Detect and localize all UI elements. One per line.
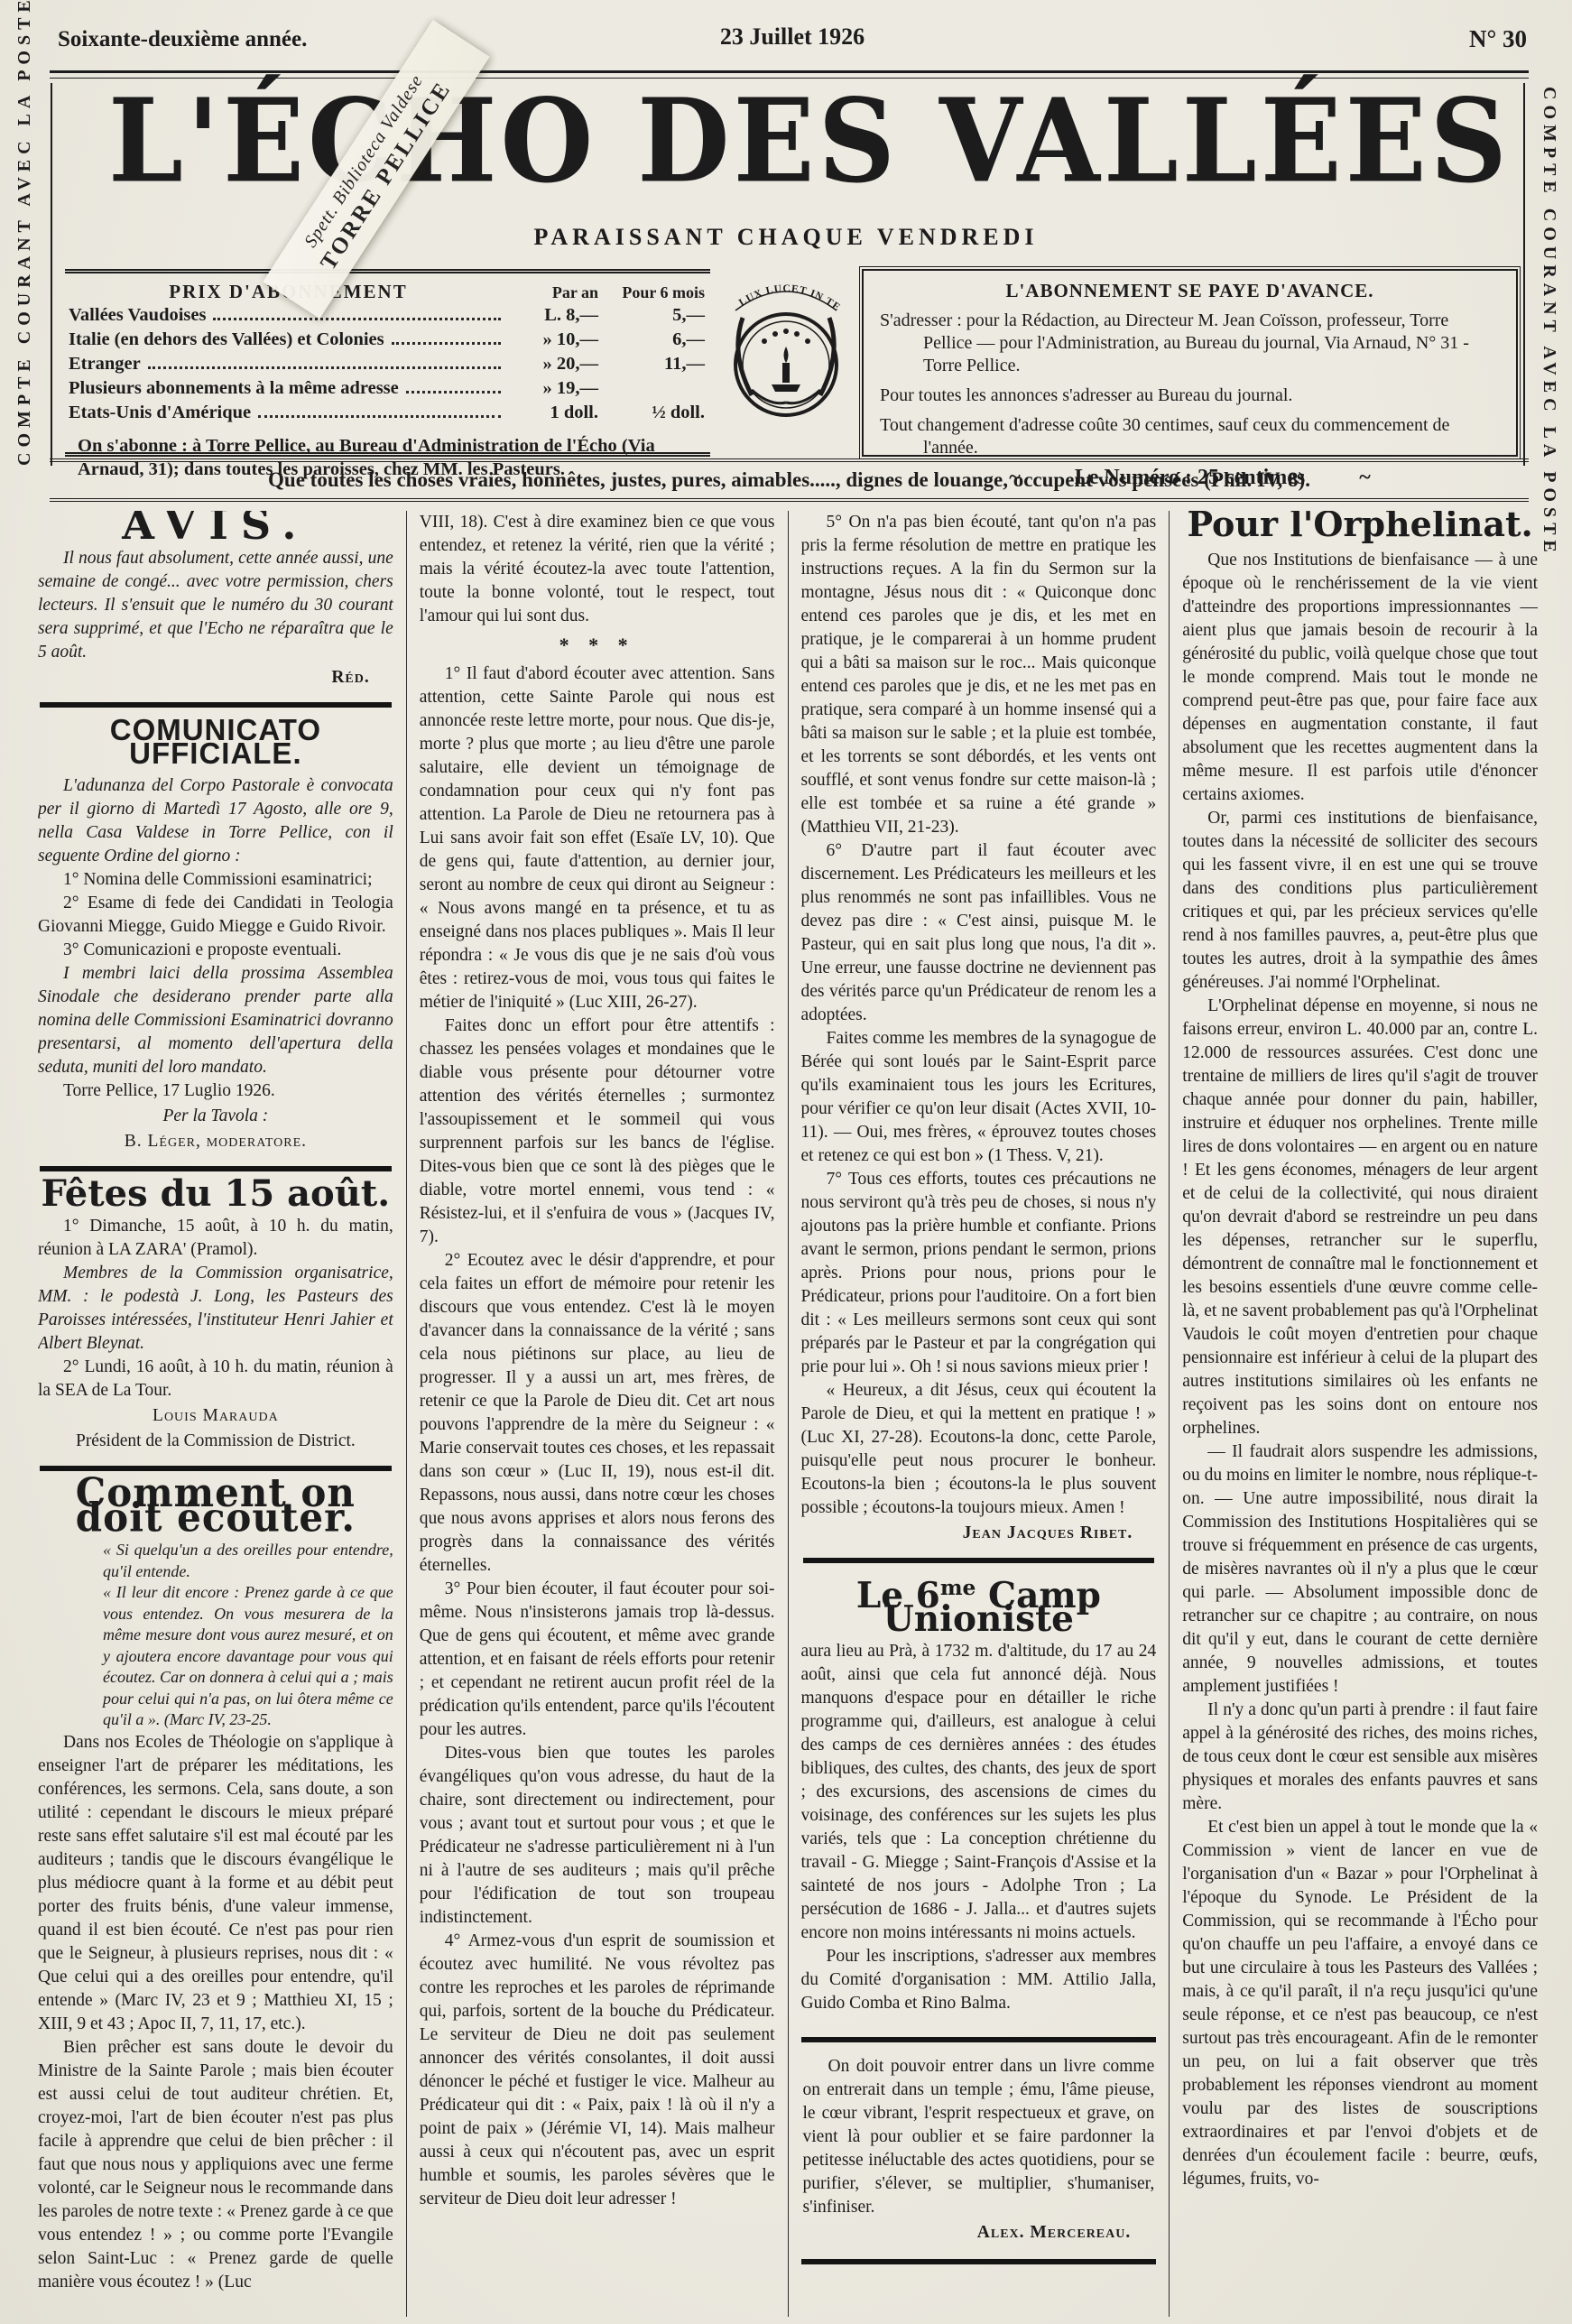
- article-columns: AVIS. Il nous faut absolument, cette ann…: [38, 511, 1538, 2317]
- dot-leader: [213, 318, 501, 320]
- paragraph: VIII, 18). C'est à dire examinez bien ce…: [420, 511, 775, 628]
- right-border-rule: [1523, 83, 1525, 466]
- paragraph: « Heureux, a dit Jésus, ceux qui écouten…: [801, 1379, 1157, 1520]
- dot-leader: [392, 342, 501, 345]
- paragraph: Faites donc un effort pour être attentif…: [420, 1014, 775, 1249]
- paragraph: L'Orphelinat dépense en moyenne, si nous…: [1182, 995, 1538, 1440]
- paragraph: 6° D'autre part il faut écouter avec dis…: [801, 839, 1157, 1027]
- asterism-separator: * * *: [420, 634, 775, 657]
- section-divider: [803, 1558, 1155, 1563]
- signature: Louis Marauda: [38, 1404, 393, 1428]
- signature: Réd.: [38, 666, 393, 690]
- paragraph: 3° Pour bien écouter, il faut écouter po…: [420, 1578, 775, 1742]
- price-row-label: Italie (en dehors des Vallées) et Coloni…: [69, 328, 384, 352]
- paragraph: Dites-vous bien que toutes les paroles é…: [420, 1742, 775, 1930]
- paragraph: 4° Armez-vous d'un esprit de soumission …: [420, 1930, 775, 2211]
- epigraph: « Il leur dit encore : Prenez garde à ce…: [103, 1582, 393, 1731]
- scripture-motto: Que toutes les choses vraies, honnêtes, …: [50, 458, 1529, 502]
- postal-note-right: COMPTE COURANT AVEC LA POSTE: [1539, 87, 1559, 466]
- table-row: Italie (en dehors des Vallées) et Coloni…: [69, 328, 705, 352]
- price-half-value: 11,—: [598, 352, 705, 376]
- top-bar: Soixante-deuxième année. 23 Juillet 1926…: [58, 23, 1527, 56]
- paragraph: — Il faudrait alors suspendre les admiss…: [1182, 1440, 1538, 1699]
- epigraph: « Si quelqu'un a des oreilles pour enten…: [103, 1540, 393, 1582]
- table-row: Plusieurs abonnements à la même adresse …: [69, 376, 705, 401]
- waldensian-crest: LUX LUCET IN TENEBRIS: [710, 269, 862, 457]
- paragraph: Que nos Institutions de bienfaisance — à…: [1182, 549, 1538, 807]
- svg-text:LUX LUCET IN TENEBRIS: LUX LUCET IN TENEBRIS: [716, 264, 843, 313]
- paragraph: Faites comme les membres de la synagogue…: [801, 1027, 1157, 1168]
- table-row: Etats-Unis d'Amérique 1 doll. ½ doll.: [69, 401, 705, 425]
- paragraph: Il n'y a donc qu'un parti à prendre : il…: [1182, 1699, 1538, 1816]
- signature-role: Per la Tavola :: [38, 1105, 393, 1128]
- ecouter-heading: Comment on doit écouter.: [38, 1481, 393, 1531]
- table-row: Etranger » 20,— 11,—: [69, 352, 705, 376]
- paragraph: Membres de la Commission organisatrice, …: [38, 1262, 393, 1356]
- paragraph: 5° On n'a pas bien écouté, tant qu'on n'…: [801, 511, 1157, 839]
- dot-leader: [406, 391, 501, 394]
- price-table-header: PRIX D'ABONNEMENT Par an Pour 6 mois: [69, 281, 705, 303]
- table-row: Vallées Vaudoises L. 8,— 5,—: [69, 303, 705, 328]
- price-year-value: 1 doll.: [508, 401, 598, 425]
- paragraph: 1° Il faut d'abord écouter avec attentio…: [420, 662, 775, 1014]
- price-half-value: 6,—: [598, 328, 705, 352]
- dot-leader: [148, 366, 501, 369]
- column-header-year: Par an: [508, 283, 598, 302]
- paragraph: aura lieu au Prà, à 1732 m. d'altitude, …: [801, 1640, 1157, 1945]
- camp-heading-ordinal: me: [940, 1575, 976, 1600]
- camp-heading: Le 6me Camp Unioniste: [801, 1576, 1157, 1631]
- price-row-label: Plusieurs abonnements à la même adresse: [69, 376, 399, 401]
- paragraph: Et c'est bien un appel à tout le monde q…: [1182, 1816, 1538, 2191]
- price-half-value: 5,—: [598, 303, 705, 328]
- paragraph: Dans nos Ecoles de Théologie on s'appliq…: [38, 1731, 393, 2036]
- price-year-value: » 20,—: [508, 352, 598, 376]
- column-header-half-year: Pour 6 mois: [598, 283, 705, 302]
- paragraph: 2° Esame di fede dei Candidati in Teolog…: [38, 892, 393, 939]
- left-border-rule: [51, 83, 52, 466]
- newspaper-subtitle: PARAISSANT CHAQUE VENDREDI: [0, 224, 1572, 251]
- paragraph: 2° Lundi, 16 août, à 10 h. du matin, réu…: [38, 1356, 393, 1403]
- price-half-value: ½ doll.: [598, 401, 705, 425]
- newspaper-page: Soixante-deuxième année. 23 Juillet 1926…: [0, 0, 1572, 2324]
- avis-heading: AVIS.: [38, 513, 393, 536]
- column-divider: [1169, 511, 1170, 2317]
- column-1: AVIS. Il nous faut absolument, cette ann…: [38, 511, 393, 2317]
- newspaper-title: L'ÉCHO DES VALLÉES: [108, 72, 1464, 208]
- pay-in-advance-note: L'ABONNEMENT SE PAYE D'AVANCE.: [880, 280, 1500, 302]
- price-row-label: Etats-Unis d'Amérique: [69, 401, 251, 425]
- price-row-label: Etranger: [69, 352, 141, 376]
- price-year-value: » 19,—: [508, 376, 598, 401]
- postal-note-left: COMPTE COURANT AVEC LA POSTE: [14, 87, 35, 466]
- fetes-heading: Fêtes du 15 août.: [38, 1182, 393, 1206]
- comunicato-heading: COMUNICATO UFFICIALE.: [38, 718, 393, 765]
- quote-signature: Alex. Mercereau.: [803, 2221, 1155, 2245]
- paragraph: Bien prêcher est sans doute le devoir du…: [38, 2036, 393, 2294]
- orphelinat-heading: Pour l'Orphelinat.: [1182, 513, 1538, 536]
- signature-role: Président de la Commission de District.: [38, 1430, 393, 1453]
- paragraph: 2° Ecoutez avec le désir d'apprendre, et…: [420, 1249, 775, 1578]
- section-divider: [40, 702, 392, 708]
- ads-note: Pour toutes les annonces s'adresser au B…: [880, 384, 1500, 407]
- price-row-label: Vallées Vaudoises: [69, 303, 206, 328]
- column-divider: [406, 511, 407, 2317]
- quote-box: On doit pouvoir entrer dans un livre com…: [801, 2037, 1157, 2264]
- contact-editorial-note: S'adresser : pour la Rédaction, au Direc…: [880, 310, 1500, 377]
- paragraph: L'adunanza del Corpo Pastorale è convoca…: [38, 774, 393, 868]
- column-divider: [788, 511, 789, 2317]
- section-divider: [40, 1166, 392, 1171]
- subscription-info-box: L'ABONNEMENT SE PAYE D'AVANCE. S'adresse…: [862, 269, 1518, 457]
- signature: Jean Jacques Ribet.: [801, 1522, 1157, 1545]
- paragraph: Torre Pellice, 17 Luglio 1926.: [38, 1079, 393, 1103]
- paragraph: Il nous faut absolument, cette année aus…: [38, 547, 393, 664]
- price-year-value: L. 8,—: [508, 303, 598, 328]
- issue-number: N° 30: [1469, 25, 1527, 53]
- crest-motto: LUX LUCET IN TENEBRIS: [716, 264, 843, 313]
- address-change-note: Tout changement d'adresse coûte 30 centi…: [880, 414, 1500, 459]
- subscription-price-box: PRIX D'ABONNEMENT Par an Pour 6 mois Val…: [65, 269, 710, 457]
- quote-text: On doit pouvoir entrer dans un livre com…: [803, 2055, 1155, 2219]
- crest-icon: LUX LUCET IN TENEBRIS: [716, 264, 856, 444]
- header-band: PRIX D'ABONNEMENT Par an Pour 6 mois Val…: [65, 269, 1518, 457]
- paragraph: Pour les inscriptions, s'adresser aux me…: [801, 1945, 1157, 2015]
- paragraph: 1° Dimanche, 15 août, à 10 h. du matin, …: [38, 1215, 393, 1262]
- paragraph: 7° Tous ces efforts, toutes ces précauti…: [801, 1168, 1157, 1379]
- paragraph: 1° Nomina delle Commissioni esaminatrici…: [38, 868, 393, 892]
- column-2: VIII, 18). C'est à dire examinez bien ce…: [420, 511, 775, 2317]
- dot-leader: [258, 415, 501, 418]
- price-year-value: » 10,—: [508, 328, 598, 352]
- column-4: Pour l'Orphelinat. Que nos Institutions …: [1182, 511, 1538, 2317]
- column-3: 5° On n'a pas bien écouté, tant qu'on n'…: [801, 511, 1157, 2317]
- signature: B. Léger, moderatore.: [38, 1130, 393, 1153]
- paragraph: 3° Comunicazioni e proposte eventuali.: [38, 939, 393, 962]
- issue-date: 23 Juillet 1926: [58, 23, 1527, 51]
- paragraph: I membri laici della prossima Assemblea …: [38, 962, 393, 1079]
- paragraph: Or, parmi ces institutions de bienfaisan…: [1182, 807, 1538, 995]
